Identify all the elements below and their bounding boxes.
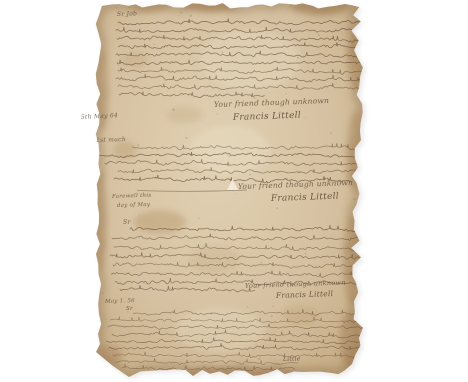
letter4-greeting: Sr	[126, 306, 133, 312]
stain	[200, 30, 300, 90]
foxing-speck	[305, 253, 307, 255]
foxing-speck	[318, 34, 320, 36]
foxing-speck	[180, 11, 182, 13]
foxing-speck	[350, 220, 351, 221]
foxing-speck	[255, 237, 256, 238]
foxing-speck	[276, 207, 278, 209]
letter2-farewell-line2: day of May	[117, 202, 151, 209]
foxing-speck	[270, 253, 271, 254]
foxing-speck	[249, 174, 251, 176]
foxing-speck	[116, 7, 118, 9]
foxing-speck	[271, 315, 273, 317]
foxing-speck	[129, 6, 131, 8]
foxing-speck	[204, 115, 205, 116]
foxing-speck	[198, 217, 200, 219]
foxing-speck	[270, 85, 271, 86]
foxing-speck	[228, 155, 230, 157]
stain	[190, 246, 240, 274]
foxing-speck	[154, 43, 156, 45]
photo-background: Sr Job Your friend though unknown Franci…	[0, 0, 468, 382]
letter2-heading: 1st much	[96, 136, 126, 144]
foxing-speck	[184, 367, 185, 368]
foxing-speck	[260, 262, 262, 264]
foxing-speck	[198, 16, 199, 17]
foxing-speck	[297, 57, 299, 59]
foxing-speck	[338, 308, 339, 309]
stain	[282, 305, 318, 325]
foxing-speck	[268, 7, 269, 8]
foxing-speck	[330, 132, 332, 134]
stain	[347, 30, 367, 90]
foxing-speck	[358, 141, 359, 142]
letter1-greeting: Sr Job	[117, 10, 137, 18]
letter3-greeting: Sr	[123, 219, 131, 226]
foxing-speck	[247, 306, 249, 308]
foxing-speck	[350, 222, 351, 223]
foxing-speck	[185, 137, 187, 139]
foxing-speck	[290, 5, 292, 7]
foxing-speck	[137, 144, 139, 146]
foxing-speck	[353, 198, 356, 201]
foxing-speck	[361, 226, 362, 227]
foxing-speck	[316, 188, 317, 189]
manuscript-letter-photo: Sr Job Your friend though unknown Franci…	[0, 0, 468, 382]
foxing-speck	[172, 108, 175, 111]
foxing-speck	[272, 305, 274, 307]
letter4-date-line: May 1. 56	[104, 298, 135, 305]
foxing-speck	[138, 215, 139, 216]
foxing-speck	[286, 93, 287, 94]
foxing-speck	[190, 14, 193, 17]
foxing-speck	[258, 358, 260, 360]
foxing-speck	[216, 113, 217, 114]
foxing-speck	[236, 58, 237, 59]
foxing-speck	[98, 51, 99, 52]
foxing-speck	[222, 51, 224, 53]
stain	[134, 210, 186, 234]
stain	[190, 125, 270, 175]
foxing-speck	[323, 356, 325, 358]
foxing-speck	[102, 292, 104, 294]
foxing-speck	[305, 117, 306, 118]
letter4-signature: Little	[282, 355, 301, 363]
foxing-speck	[357, 247, 358, 248]
foxing-speck	[235, 193, 236, 194]
stain	[93, 170, 107, 270]
foxing-speck	[99, 56, 100, 57]
foxing-speck	[227, 366, 230, 369]
